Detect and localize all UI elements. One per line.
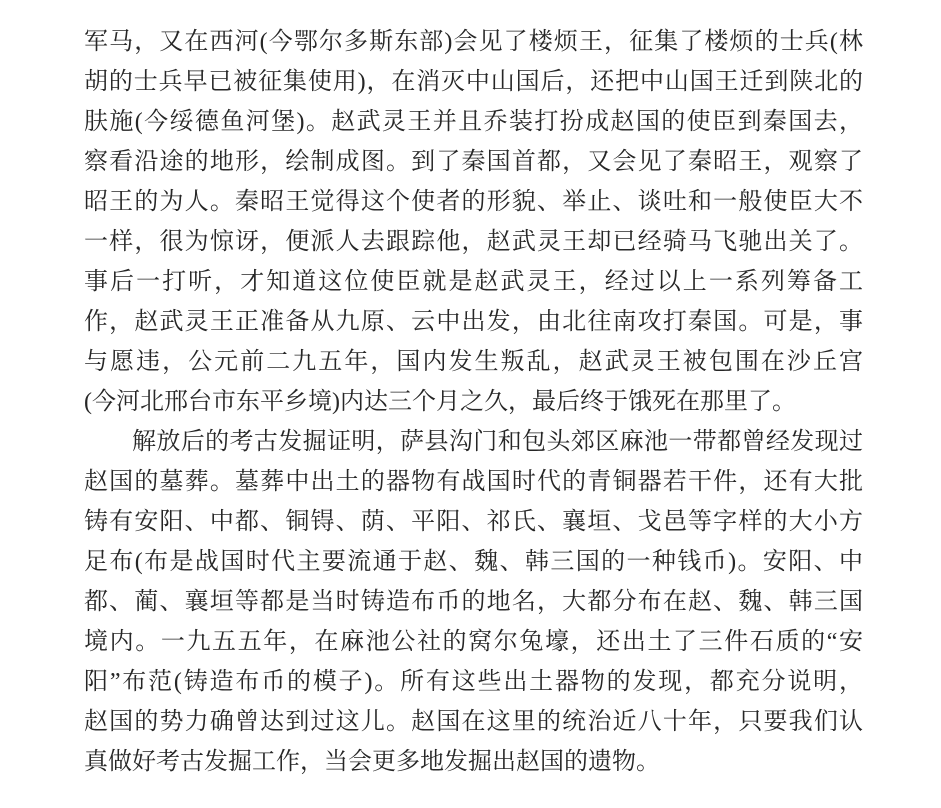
text-line: 都、蔺、襄垣等都是当时铸造布币的地名，大都分布在赵、魏、韩三国: [84, 582, 863, 622]
text-line: 昭王的为人。秦昭王觉得这个使者的形貌、举止、谈吐和一般使臣大不: [84, 182, 863, 222]
text-line: 作，赵武灵王正准备从九原、云中出发，由北往南攻打秦国。可是，事: [84, 302, 863, 342]
text-line: (今河北邢台市东平乡境)内达三个月之久，最后终于饿死在那里了。: [84, 382, 863, 422]
text-block: 军马，又在西河(今鄂尔多斯东部)会见了楼烦王，征集了楼烦的士兵(林胡的士兵早已被…: [84, 22, 863, 782]
text-line: 足布(布是战国时代主要流通于赵、魏、韩三国的一种钱币)。安阳、中: [84, 542, 863, 582]
text-line: 胡的士兵早已被征集使用)，在消灭中山国后，还把中山国王迁到陕北的: [84, 62, 863, 102]
text-line: 阳”布范(铸造布币的模子)。所有这些出土器物的发现，都充分说明，: [84, 662, 863, 702]
text-line: 铸有安阳、中都、铜锝、荫、平阳、祁氏、襄垣、戈邑等字样的大小方: [84, 502, 863, 542]
text-line: 境内。一九五五年，在麻池公社的窝尔兔壕，还出土了三件石质的“安: [84, 622, 863, 662]
paragraph-1: 军马，又在西河(今鄂尔多斯东部)会见了楼烦王，征集了楼烦的士兵(林胡的士兵早已被…: [84, 22, 863, 422]
paragraph-2: 解放后的考古发掘证明，萨县沟门和包头郊区麻池一带都曾经发现过赵国的墓葬。墓葬中出…: [84, 422, 863, 782]
text-line: 军马，又在西河(今鄂尔多斯东部)会见了楼烦王，征集了楼烦的士兵(林: [84, 22, 863, 62]
text-line: 真做好考古发掘工作，当会更多地发掘出赵国的遗物。: [84, 742, 863, 782]
text-line: 与愿违，公元前二九五年，国内发生叛乱，赵武灵王被包围在沙丘宫: [84, 342, 863, 382]
text-line: 赵国的势力确曾达到过这儿。赵国在这里的统治近八十年，只要我们认: [84, 702, 863, 742]
text-line: 察看沿途的地形，绘制成图。到了秦国首都，又会见了秦昭王，观察了: [84, 142, 863, 182]
text-line: 一样，很为惊讶，便派人去跟踪他，赵武灵王却已经骑马飞驰出关了。: [84, 222, 863, 262]
text-line: 赵国的墓葬。墓葬中出土的器物有战国时代的青铜器若干件，还有大批: [84, 462, 863, 502]
text-line: 事后一打听，才知道这位使臣就是赵武灵王，经过以上一系列筹备工: [84, 262, 863, 302]
text-line: 肤施(今绥德鱼河堡)。赵武灵王并且乔装打扮成赵国的使臣到秦国去，: [84, 102, 863, 142]
book-page: 军马，又在西河(今鄂尔多斯东部)会见了楼烦王，征集了楼烦的士兵(林胡的士兵早已被…: [0, 0, 941, 808]
text-line: 解放后的考古发掘证明，萨县沟门和包头郊区麻池一带都曾经发现过: [84, 422, 863, 462]
